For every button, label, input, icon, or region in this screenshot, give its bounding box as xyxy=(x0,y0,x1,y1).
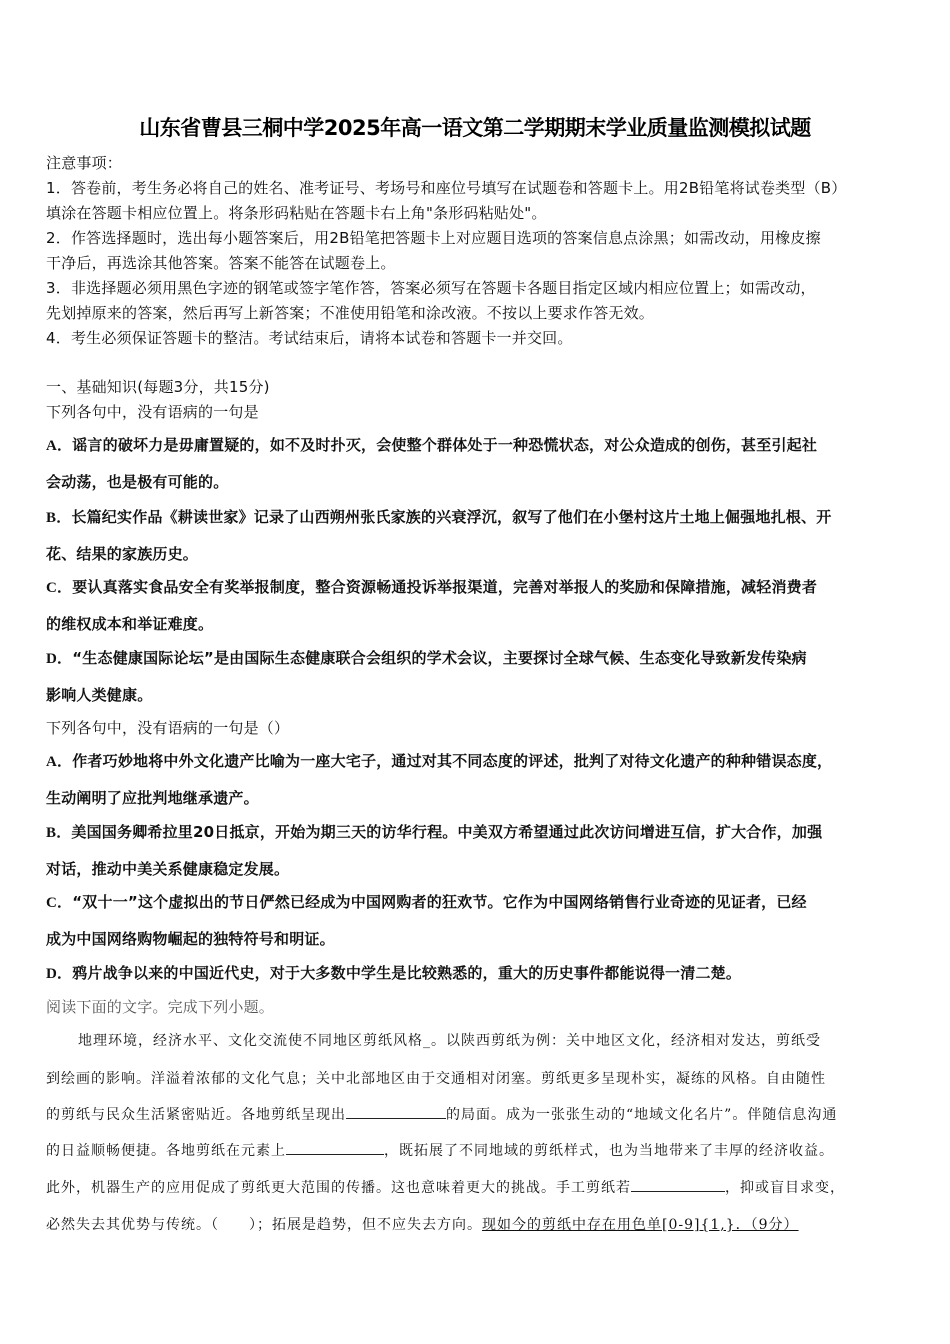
q1-option-a: A．谣言的破坏力是毋庸置疑的，如不及时扑灭，会使整个群体处于一种恐慌状态，对公众… xyxy=(46,434,908,455)
option-text: 长篇纪实作品《耕读世家》记录了山西朔州张氏家族的兴衰浮沉，叙写了他们在小堡村这片… xyxy=(71,508,831,526)
notice-heading: 注意事项： xyxy=(46,152,908,173)
notice-line-1: 1．答卷前，考生务必将自己的姓名、准考证号、考场号和座位号填写在试题卷和答题卡上… xyxy=(46,177,908,198)
notice-line-2: 填涂在答题卡相应位置上。将条形码粘贴在答题卡右上角"条形码粘贴处"。 xyxy=(46,202,908,223)
passage-line-1: 地理环境，经济水平、文化交流使不同地区剪纸风格_。以陕西剪纸为例：关中地区文化，… xyxy=(78,1030,908,1050)
q1-option-b: B．长篇纪实作品《耕读世家》记录了山西朔州张氏家族的兴衰浮沉，叙写了他们在小堡村… xyxy=(46,506,908,527)
option-text: 鸦片战争以来的中国近代史，对于大多数中学生是比较熟悉的，重大的历史事件都能说得一… xyxy=(72,964,741,982)
q1-option-b-cont: 花、结果的家族历史。 xyxy=(46,543,908,564)
page-title: 山东省曹县三桐中学2025年高一语文第二学期期末学业质量监测模拟试题 xyxy=(0,112,950,142)
q1-option-d-cont: 影响人类健康。 xyxy=(46,684,908,705)
option-text: 要认真落实食品安全有奖举报制度，整合资源畅通投诉举报渠道，完善对举报人的奖励和保… xyxy=(72,578,817,596)
option-label: C． xyxy=(46,580,72,596)
passage-line-5: 此外，机器生产的应用促成了剪纸更大范围的传播。这也意味着更大的挑战。手工剪纸若，… xyxy=(46,1177,908,1197)
underlined-question-text: 现如今的剪纸中存在用色单[0-9]{1,}．（9分） xyxy=(482,1217,799,1233)
passage-text: ，抑或盲目求变， xyxy=(725,1180,845,1196)
q1-option-d: D．“生态健康国际论坛”是由国际生态健康联合会组织的学术会议，主要探讨全球气候、… xyxy=(46,647,908,668)
notice-line-3: 2．作答选择题时，选出每小题答案后，用2B铅笔把答题卡上对应题目选项的答案信息点… xyxy=(46,227,908,248)
notice-line-4: 干净后，再选涂其他答案。答案不能答在试题卷上。 xyxy=(46,252,908,273)
option-text: “双十一”这个虚拟出的节日俨然已经成为中国网购者的狂欢节。它作为中国网络销售行业… xyxy=(72,893,807,911)
fill-blank-2 xyxy=(286,1140,384,1155)
reading-instruction: 阅读下面的文字。完成下列小题。 xyxy=(46,996,908,1017)
question-2-stem: 下列各句中，没有语病的一句是（） xyxy=(46,717,908,738)
q1-option-c: C．要认真落实食品安全有奖举报制度，整合资源畅通投诉举报渠道，完善对举报人的奖励… xyxy=(46,576,908,597)
option-label: D． xyxy=(46,966,72,982)
notice-line-6: 先划掉原来的答案，然后再写上新答案；不准使用铅笔和涂改液。不按以上要求作答无效。 xyxy=(46,302,908,323)
option-label: A． xyxy=(46,754,72,770)
option-label: C． xyxy=(46,895,72,911)
q1-option-c-cont: 的维权成本和举证难度。 xyxy=(46,613,908,634)
passage-line-2: 到绘画的影响。洋溢着浓郁的文化气息；关中北部地区由于交通相对闭塞。剪纸更多呈现朴… xyxy=(46,1068,908,1088)
passage-line-6: 必然失去其优势与传统。（ ）；拓展是趋势，但不应失去方向。现如今的剪纸中存在用色… xyxy=(46,1214,908,1234)
passage-text: 的剪纸与民众生活紧密贴近。各地剪纸呈现出 xyxy=(46,1107,346,1123)
option-text: 美国国务卿希拉里20日抵京，开始为期三天的访华行程。中美双方希望通过此次访问增进… xyxy=(71,823,822,841)
q2-option-c-cont: 成为中国网络购物崛起的独特符号和明证。 xyxy=(46,928,908,949)
option-text: 作者巧妙地将中外文化遗产比喻为一座大宅子，通过对其不同态度的评述，批判了对待文化… xyxy=(72,752,832,770)
q2-option-a: A．作者巧妙地将中外文化遗产比喻为一座大宅子，通过对其不同态度的评述，批判了对待… xyxy=(46,750,908,771)
passage-line-3: 的剪纸与民众生活紧密贴近。各地剪纸呈现出的局面。成为一张张生动的“地域文化名片”… xyxy=(46,1104,908,1124)
passage-text: 的日益顺畅便捷。各地剪纸在元素上 xyxy=(46,1143,286,1159)
exam-page: 山东省曹县三桐中学2025年高一语文第二学期期末学业质量监测模拟试题 注意事项：… xyxy=(0,0,950,1344)
question-1-stem: 下列各句中，没有语病的一句是 xyxy=(46,401,908,422)
option-text: 谣言的破坏力是毋庸置疑的，如不及时扑灭，会使整个群体处于一种恐慌状态，对公众造成… xyxy=(72,436,817,454)
q2-option-b: B．美国国务卿希拉里20日抵京，开始为期三天的访华行程。中美双方希望通过此次访问… xyxy=(46,821,908,842)
passage-text: 的局面。成为一张张生动的“地域文化名片”。伴随信息沟通 xyxy=(446,1107,837,1123)
notice-line-7: 4．考生必须保证答题卡的整洁。考试结束后，请将本试卷和答题卡一并交回。 xyxy=(46,327,908,348)
fill-blank-1 xyxy=(346,1104,446,1119)
q2-option-c: C．“双十一”这个虚拟出的节日俨然已经成为中国网购者的狂欢节。它作为中国网络销售… xyxy=(46,891,908,912)
notice-line-5: 3．非选择题必须用黑色字迹的钢笔或签字笔作答，答案必须写在答题卡各题目指定区域内… xyxy=(46,277,908,298)
option-label: B． xyxy=(46,510,71,526)
passage-text: 必然失去其优势与传统。（ ）；拓展是趋势，但不应失去方向。 xyxy=(46,1217,482,1233)
section-heading: 一、基础知识(每题3分，共15分) xyxy=(46,376,908,397)
q1-option-a-cont: 会动荡，也是极有可能的。 xyxy=(46,471,908,492)
passage-text: 此外，机器生产的应用促成了剪纸更大范围的传播。这也意味着更大的挑战。手工剪纸若 xyxy=(46,1180,631,1196)
q2-option-d: D．鸦片战争以来的中国近代史，对于大多数中学生是比较熟悉的，重大的历史事件都能说… xyxy=(46,962,908,983)
option-label: B． xyxy=(46,825,71,841)
q2-option-a-cont: 生动阐明了应批判地继承遗产。 xyxy=(46,787,908,808)
passage-line-4: 的日益顺畅便捷。各地剪纸在元素上，既拓展了不同地域的剪纸样式，也为当地带来了丰厚… xyxy=(46,1140,908,1160)
fill-blank-3 xyxy=(631,1177,725,1192)
q2-option-b-cont: 对话，推动中美关系健康稳定发展。 xyxy=(46,858,908,879)
passage-text: ，既拓展了不同地域的剪纸样式，也为当地带来了丰厚的经济收益。 xyxy=(384,1143,834,1159)
option-label: A． xyxy=(46,438,72,454)
option-label: D． xyxy=(46,651,72,667)
option-text: “生态健康国际论坛”是由国际生态健康联合会组织的学术会议，主要探讨全球气候、生态… xyxy=(72,649,807,667)
